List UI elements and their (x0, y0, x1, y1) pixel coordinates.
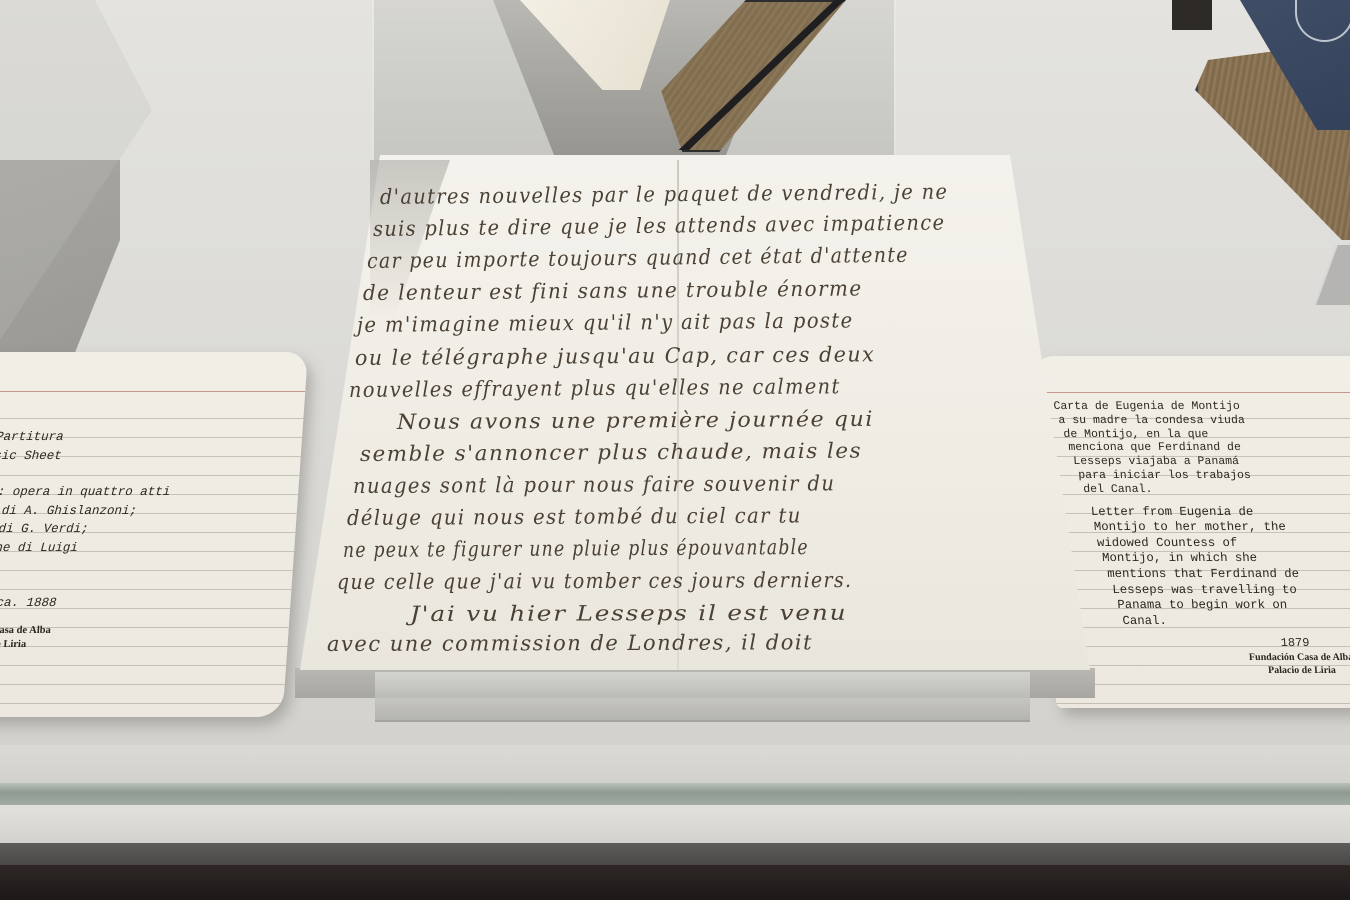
handwritten-line: déluge qui nous est tombé du ciel car tu (347, 503, 802, 530)
label-line: mentions that Ferdinand de (1065, 567, 1350, 583)
label-red-rule (0, 391, 305, 392)
label-line: Lesseps viajaba a Panamá (1057, 455, 1350, 469)
book-pages (520, 0, 670, 90)
handwritten-line: car peu importe toujours quand cet état … (367, 243, 909, 273)
handwritten-line: Nous avons une première journée qui (397, 407, 874, 434)
handwritten-line: de lenteur est fini sans une trouble éno… (363, 276, 863, 305)
label-text-spanish: Carta de Eugenia de Montijo a su madre l… (1053, 400, 1350, 497)
label-credit: Palacio de Liria (1072, 664, 1350, 677)
label-date: ca. 1888 (0, 594, 263, 613)
label-line: Letter from Eugenia de (1060, 505, 1350, 521)
handwritten-line: semble s'annoncer plus chaude, mais les (360, 439, 862, 466)
label-line: Carta de Eugenia de Montijo (1053, 400, 1350, 414)
label-line: i di A. Ghislanzoni; (0, 502, 270, 521)
label-line: Panama to begin work on (1067, 598, 1350, 614)
display-case-floor (0, 745, 1350, 785)
label-line: a su madre la condesa viuda (1054, 414, 1350, 428)
glass-edge (0, 783, 1350, 807)
open-book-top (520, 0, 850, 150)
handwritten-line: suis plus te dire que je les attends ave… (373, 210, 946, 241)
display-case-frame (0, 805, 1350, 845)
label-credit: acio de Liria (0, 638, 260, 652)
label-title-es: Partitura (0, 428, 275, 447)
label-text-english: Letter from Eugenia de Montijo to her mo… (1060, 505, 1350, 630)
label-left-content: Partitura usic Sheet a: opera in quattro… (0, 428, 275, 652)
frame-shadow (0, 843, 1350, 865)
label-line: a di G. Verdi; (0, 520, 268, 539)
label-title-en: usic Sheet (0, 447, 273, 466)
handwritten-line: je m'imagine mieux qu'il n'y ait pas la … (357, 308, 854, 337)
handwritten-line: J'ai vu hier Lesseps il est venu (410, 601, 847, 626)
label-line: Montijo to her mother, the (1061, 520, 1350, 536)
acrylic-stand-front (375, 672, 1030, 722)
exhibit-label-left: Partitura usic Sheet a: opera in quattro… (0, 352, 308, 717)
label-line: ione di Luigi (0, 539, 267, 558)
label-line: Montijo, in which she (1064, 551, 1350, 567)
right-acrylic-stand (1314, 245, 1350, 305)
label-credit: Fundación Casa de Alba (1071, 651, 1350, 664)
handwritten-line: nuages sont là pour nous faire souvenir … (353, 471, 835, 498)
label-line: Lesseps was travelling to (1066, 583, 1350, 599)
label-line: del Canal. (1059, 483, 1350, 497)
dark-book-corner (1172, 0, 1212, 30)
handwritten-line: nouvelles effrayent plus qu'elles ne cal… (349, 374, 841, 402)
letter-handwriting: d'autres nouvelles par le paquet de vend… (335, 180, 1055, 640)
label-line: menciona que Ferdinand de (1056, 441, 1350, 455)
handwritten-line: ou le télégraphe jusqu'au Cap, car ces d… (355, 342, 875, 370)
handwritten-line: ne peux te figurer une pluie plus épouva… (343, 535, 809, 562)
label-credit: ción Casa de Alba (0, 624, 261, 638)
handwritten-line: que celle que j'ai vu tomber ces jours d… (337, 568, 852, 594)
label-year: 1879 (1070, 637, 1350, 651)
label-line: ], (0, 557, 266, 576)
dark-base (0, 865, 1350, 900)
handwritten-line: d'autres nouvelles par le paquet de vend… (380, 180, 948, 209)
label-line: a: opera in quattro atti (0, 483, 271, 502)
label-line: para iniciar los trabajos (1058, 469, 1350, 483)
handwritten-line: avec une commission de Londres, il doit (327, 630, 813, 656)
label-line: widowed Countess of (1063, 536, 1350, 552)
label-line: Canal. (1068, 614, 1350, 630)
label-line: de Montijo, en la que (1055, 428, 1350, 442)
label-right-content: Carta de Eugenia de Montijo a su madre l… (1053, 400, 1350, 677)
label-red-rule (1035, 392, 1350, 393)
museum-display-case: Partitura usic Sheet a: opera in quattro… (0, 0, 1350, 900)
